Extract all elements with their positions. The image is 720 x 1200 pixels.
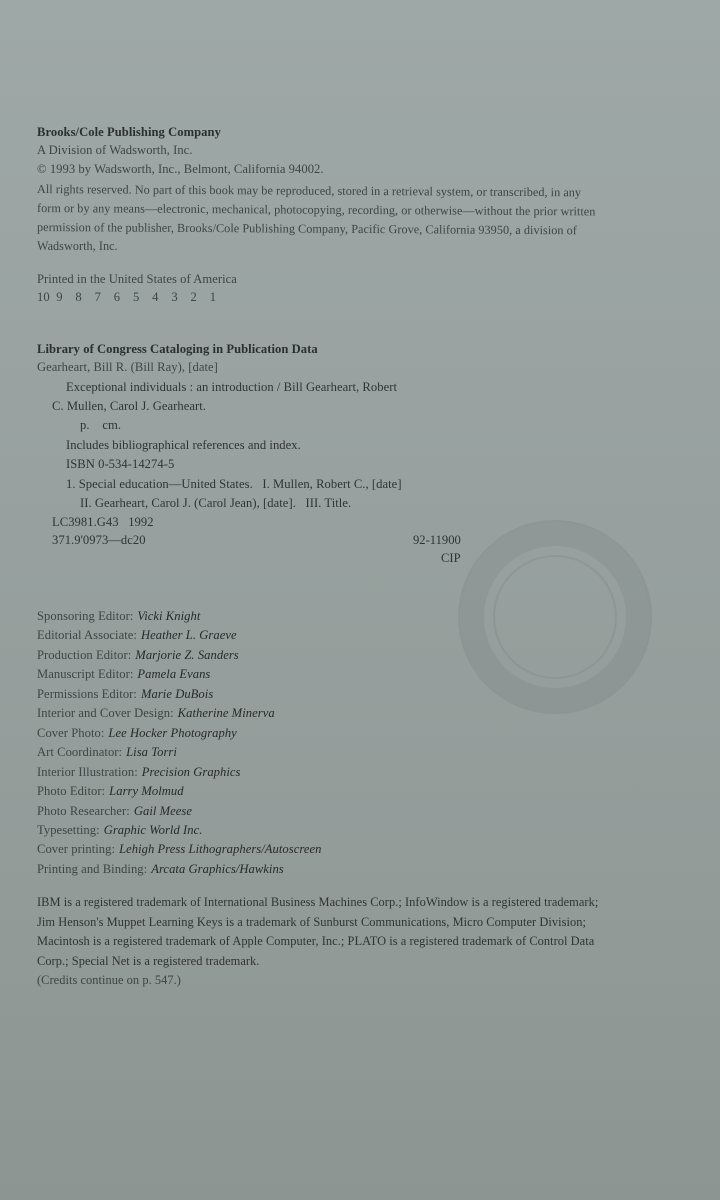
credit-name: Marjorie Z. Sanders (135, 648, 238, 662)
cip-author: Gearheart, Bill R. (Bill Ray), [date] (37, 358, 218, 376)
credit-row: Editorial Associate:Heather L. Graeve (37, 626, 237, 644)
credit-name: Arcata Graphics/Hawkins (151, 862, 284, 876)
credit-row: Permissions Editor:Marie DuBois (37, 685, 213, 703)
credit-role: Typesetting: (37, 823, 100, 837)
cip-lccn: 92-11900 (413, 531, 461, 549)
cip-dewey: 371.9'0973—dc20 (52, 531, 146, 549)
printing-number: 9 (56, 288, 75, 306)
credit-role: Cover Photo: (37, 726, 104, 740)
copyright-notice: © 1993 by Wadsworth, Inc., Belmont, Cali… (37, 160, 324, 178)
printing-number: 7 (95, 288, 114, 306)
trademark-line: Macintosh is a registered trademark of A… (37, 932, 594, 950)
copyright-page: Brooks/Cole Publishing Company A Divisio… (0, 0, 720, 1200)
credit-name: Larry Molmud (109, 784, 183, 798)
credit-name: Heather L. Graeve (141, 628, 237, 642)
credit-role: Interior and Cover Design: (37, 706, 174, 720)
credit-row: Cover printing:Lehigh Press Lithographer… (37, 840, 321, 858)
credit-name: Katherine Minerva (178, 706, 275, 720)
credit-name: Pamela Evans (137, 667, 210, 681)
rights-line: form or by any means—electronic, mechani… (37, 199, 596, 220)
credit-row: Manuscript Editor:Pamela Evans (37, 665, 210, 683)
credit-row: Production Editor:Marjorie Z. Sanders (37, 646, 239, 664)
credit-name: Lisa Torri (126, 745, 177, 759)
rights-line: permission of the publisher, Brooks/Cole… (37, 218, 577, 239)
credit-row: Cover Photo:Lee Hocker Photography (37, 724, 237, 742)
credit-row: Typesetting:Graphic World Inc. (37, 821, 202, 839)
credit-row: Art Coordinator:Lisa Torri (37, 743, 177, 761)
credit-name: Graphic World Inc. (104, 823, 203, 837)
credit-role: Photo Researcher: (37, 804, 130, 818)
credit-name: Lee Hocker Photography (108, 726, 236, 740)
printing-numbers: 10987654321 (37, 288, 229, 306)
trademark-line: IBM is a registered trademark of Interna… (37, 893, 598, 911)
credits-continue-note: (Credits continue on p. 547.) (37, 971, 181, 989)
credit-role: Cover printing: (37, 842, 115, 856)
credit-role: Printing and Binding: (37, 862, 147, 876)
cip-isbn: ISBN 0-534-14274-5 (66, 455, 174, 473)
cip-title-line: C. Mullen, Carol J. Gearheart. (52, 397, 206, 415)
printing-number: 3 (171, 288, 190, 306)
cip-lc-class: LC3981.G43 1992 (52, 513, 154, 531)
publisher-division: A Division of Wadsworth, Inc. (37, 141, 193, 159)
credit-role: Interior Illustration: (37, 765, 138, 779)
credit-role: Production Editor: (37, 648, 131, 662)
credit-row: Photo Editor:Larry Molmud (37, 782, 184, 800)
printing-number: 1 (210, 288, 229, 306)
cip-label: CIP (441, 549, 461, 567)
publisher-name: Brooks/Cole Publishing Company (37, 123, 221, 141)
library-stamp-inner-ring (493, 555, 617, 679)
cip-notes: Includes bibliographical references and … (66, 436, 301, 454)
credit-name: Precision Graphics (142, 765, 241, 779)
credit-row: Sponsoring Editor:Vicki Knight (37, 607, 200, 625)
cip-physical: p. cm. (80, 416, 121, 434)
credit-name: Vicki Knight (137, 609, 200, 623)
credit-role: Editorial Associate: (37, 628, 137, 642)
credit-row: Interior and Cover Design:Katherine Mine… (37, 704, 275, 722)
credit-row: Interior Illustration:Precision Graphics (37, 763, 241, 781)
printing-number: 10 (37, 288, 56, 306)
credit-role: Photo Editor: (37, 784, 105, 798)
printing-number: 2 (191, 288, 210, 306)
printing-number: 8 (75, 288, 94, 306)
credit-role: Art Coordinator: (37, 745, 122, 759)
credit-row: Printing and Binding:Arcata Graphics/Haw… (37, 860, 284, 878)
printing-number: 4 (152, 288, 171, 306)
cip-subjects-line: 1. Special education—United States. I. M… (66, 475, 402, 493)
credit-name: Gail Meese (134, 804, 192, 818)
cip-subjects-line: II. Gearheart, Carol J. (Carol Jean), [d… (80, 494, 351, 512)
trademark-line: Jim Henson's Muppet Learning Keys is a t… (37, 913, 586, 931)
cip-title-line: Exceptional individuals : an introductio… (66, 378, 397, 396)
trademark-line: Corp.; Special Net is a registered trade… (37, 952, 259, 970)
credit-row: Photo Researcher:Gail Meese (37, 802, 192, 820)
credit-name: Lehigh Press Lithographers/Autoscreen (119, 842, 321, 856)
credit-role: Manuscript Editor: (37, 667, 133, 681)
printed-in: Printed in the United States of America (37, 270, 237, 288)
rights-line: All rights reserved. No part of this boo… (37, 180, 581, 201)
printing-number: 5 (133, 288, 152, 306)
cip-heading: Library of Congress Cataloging in Public… (37, 340, 318, 358)
credit-role: Sponsoring Editor: (37, 609, 133, 623)
credit-name: Marie DuBois (141, 687, 213, 701)
credit-role: Permissions Editor: (37, 687, 137, 701)
rights-line: Wadsworth, Inc. (37, 237, 118, 255)
printing-number: 6 (114, 288, 133, 306)
